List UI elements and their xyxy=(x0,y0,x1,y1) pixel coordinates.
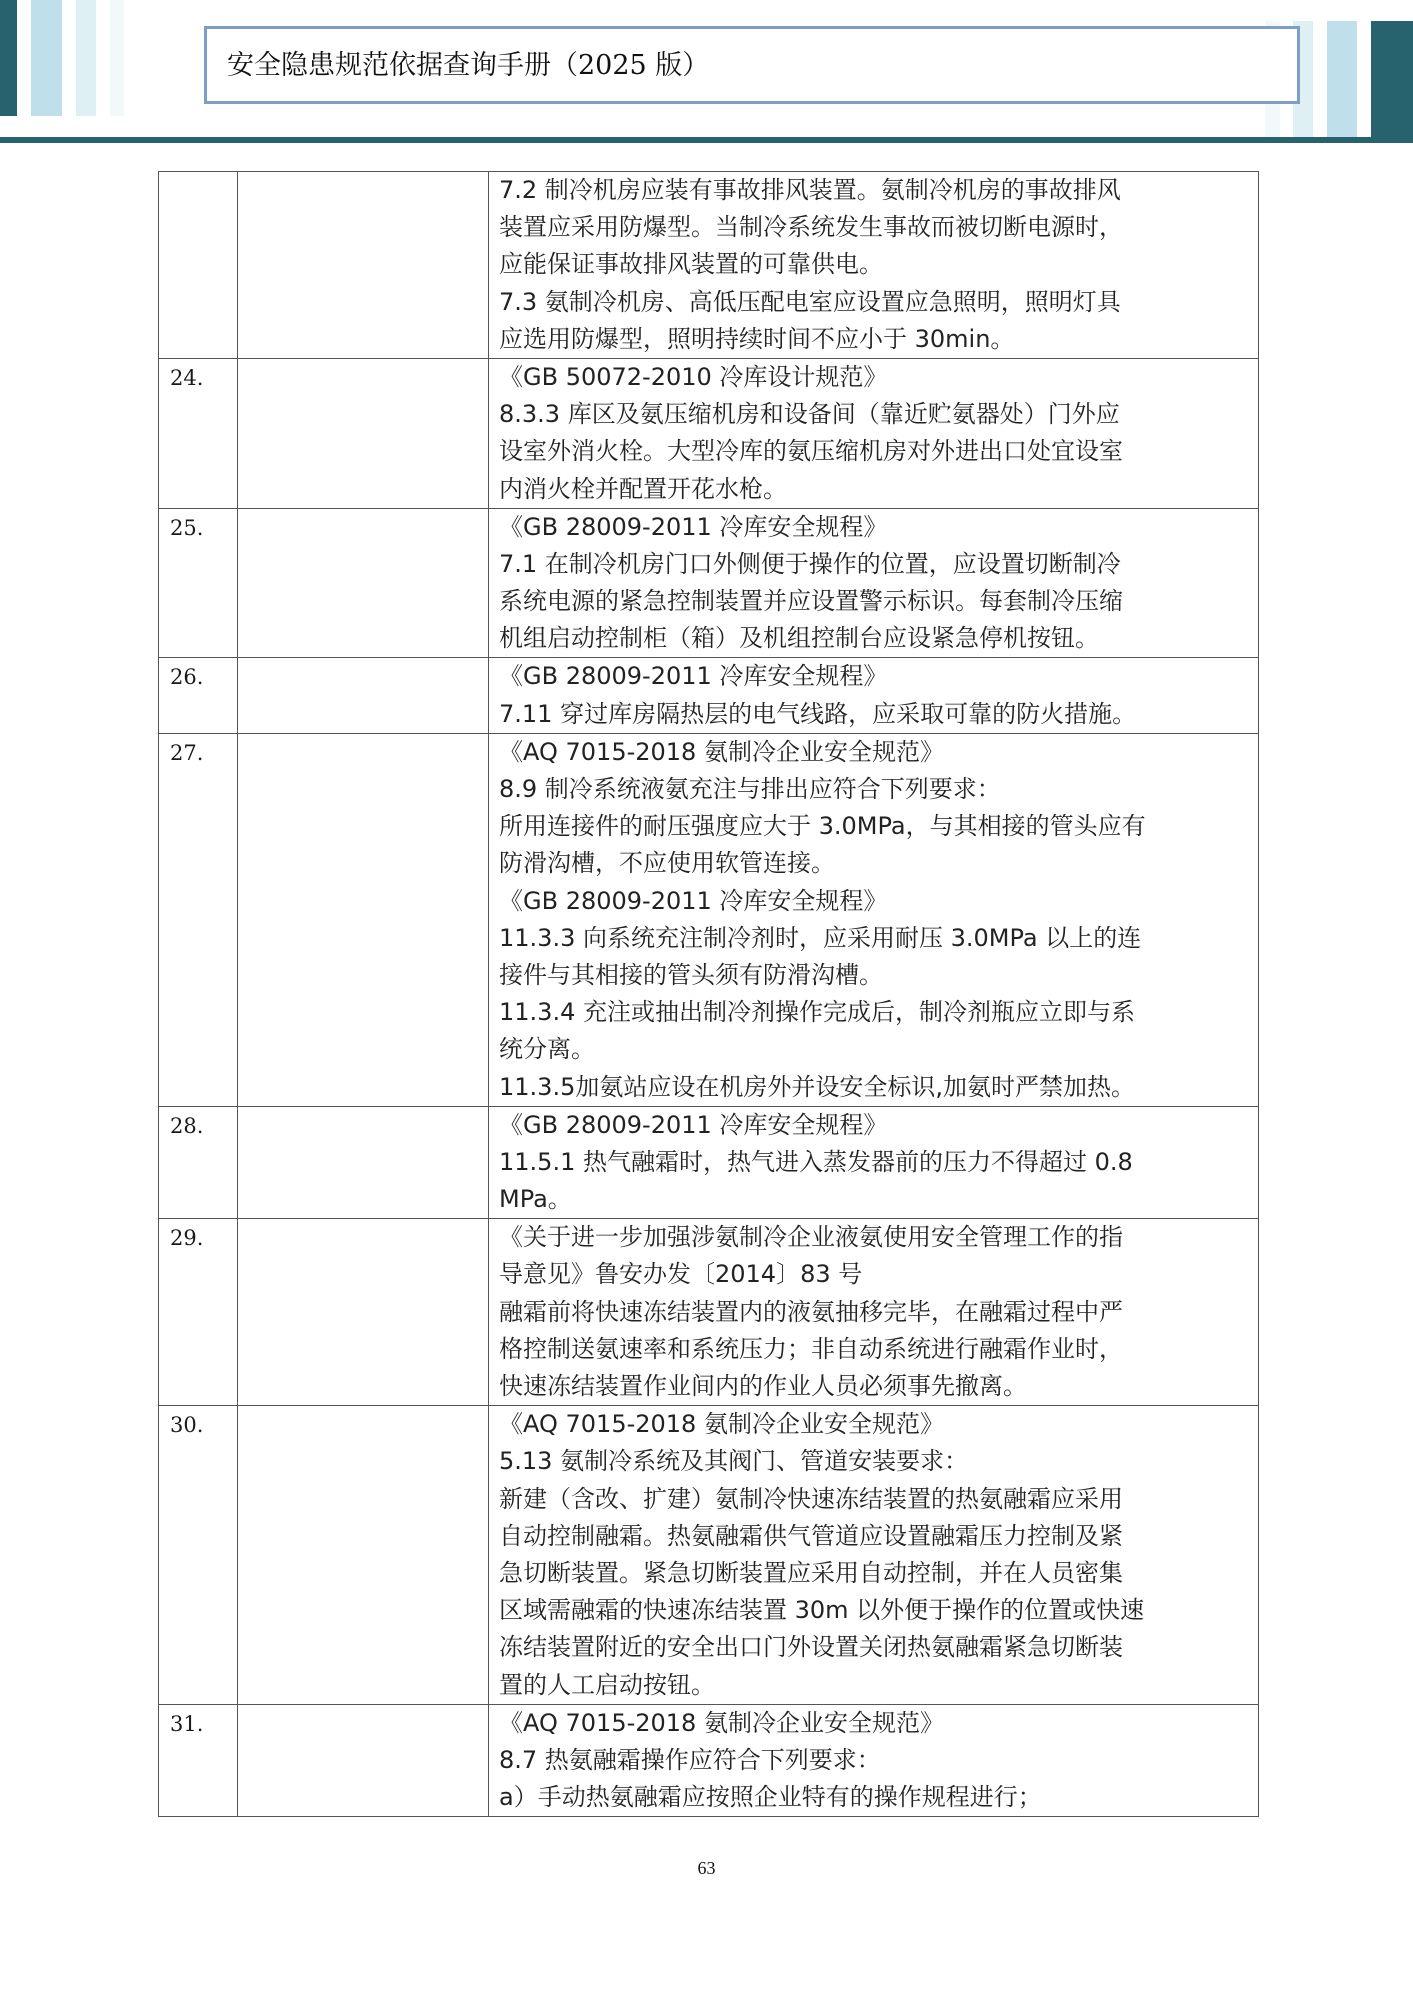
regulation-text-line: 7.1 在制冷机房门口外侧便于操作的位置，应设置切断制冷 xyxy=(499,546,1250,583)
regulation-text-line: 11.3.4 充注或抽出制冷剂操作完成后，制冷剂瓶应立即与系 xyxy=(499,994,1250,1031)
row-number-cell: 29. xyxy=(159,1219,238,1405)
header-bar-lightest-left xyxy=(110,0,124,116)
hazard-item-cell xyxy=(238,658,489,732)
regulation-basis-cell: 《AQ 7015-2018 氨制冷企业安全规范》8.9 制冷系统液氨充注与排出应… xyxy=(489,734,1258,1106)
header-bar-lighter-left xyxy=(76,0,96,116)
page-number: 63 xyxy=(0,1858,1413,1879)
hazard-item-cell xyxy=(238,509,489,658)
regulation-text-line: 自动控制融霜。热氨融霜供气管道应设置融霜压力控制及紧 xyxy=(499,1518,1250,1555)
header-bar-light-right xyxy=(1327,21,1357,137)
row-number-cell xyxy=(159,172,238,358)
regulation-text-line: 防滑沟槽，不应使用软管连接。 xyxy=(499,845,1250,882)
regulation-text-line: 融霜前将快速冻结装置内的液氨抽移完毕，在融霜过程中严 xyxy=(499,1294,1250,1331)
table-row: 7.2 制冷机房应装有事故排风装置。氨制冷机房的事故排风装置应采用防爆型。当制冷… xyxy=(159,172,1258,358)
row-number-cell: 25. xyxy=(159,509,238,658)
regulation-basis-cell: 《GB 28009-2011 冷库安全规程》7.1 在制冷机房门口外侧便于操作的… xyxy=(489,509,1258,658)
regulation-text-line: 《GB 28009-2011 冷库安全规程》 xyxy=(499,658,1250,695)
table-row: 31.《AQ 7015-2018 氨制冷企业安全规范》8.7 热氨融霜操作应符合… xyxy=(159,1704,1258,1817)
regulation-text-line: 《GB 50072-2010 冷库设计规范》 xyxy=(499,359,1250,396)
row-number-cell: 31. xyxy=(159,1705,238,1817)
table-row: 30.《AQ 7015-2018 氨制冷企业安全规范》5.13 氨制冷系统及其阀… xyxy=(159,1405,1258,1704)
table-row: 28.《GB 28009-2011 冷库安全规程》11.5.1 热气融霜时，热气… xyxy=(159,1106,1258,1219)
table-row: 26.《GB 28009-2011 冷库安全规程》7.11 穿过库房隔热层的电气… xyxy=(159,657,1258,732)
regulation-text-line: 设室外消火栓。大型冷库的氨压缩机房对外进出口处宜设室 xyxy=(499,433,1250,470)
regulation-text-line: 急切断装置。紧急切断装置应采用自动控制，并在人员密集 xyxy=(499,1555,1250,1592)
row-number-cell: 24. xyxy=(159,359,238,508)
header-bar-dark-left xyxy=(0,0,17,116)
regulation-text-line: 《GB 28009-2011 冷库安全规程》 xyxy=(499,883,1250,920)
table-row: 24.《GB 50072-2010 冷库设计规范》8.3.3 库区及氨压缩机房和… xyxy=(159,358,1258,508)
regulation-text-line: 应选用防爆型，照明持续时间不应小于 30min。 xyxy=(499,321,1250,358)
regulation-text-line: 11.3.3 向系统充注制冷剂时，应采用耐压 3.0MPa 以上的连 xyxy=(499,920,1250,957)
regulation-text-line: 《关于进一步加强涉氨制冷企业液氨使用安全管理工作的指 xyxy=(499,1219,1250,1256)
regulation-text-line: 7.2 制冷机房应装有事故排风装置。氨制冷机房的事故排风 xyxy=(499,172,1250,209)
regulation-text-line: 统分离。 xyxy=(499,1031,1250,1068)
regulation-text-line: 《AQ 7015-2018 氨制冷企业安全规范》 xyxy=(499,734,1250,771)
regulation-text-line: 《GB 28009-2011 冷库安全规程》 xyxy=(499,1107,1250,1144)
regulation-basis-cell: 《GB 50072-2010 冷库设计规范》8.3.3 库区及氨压缩机房和设备间… xyxy=(489,359,1258,508)
hazard-item-cell xyxy=(238,1219,489,1405)
regulation-text-line: 《AQ 7015-2018 氨制冷企业安全规范》 xyxy=(499,1406,1250,1443)
row-number-cell: 28. xyxy=(159,1107,238,1219)
regulation-text-line: 5.13 氨制冷系统及其阀门、管道安装要求： xyxy=(499,1443,1250,1480)
document-title: 安全隐患规范依据查询手册（2025 版） xyxy=(227,43,709,82)
hazard-item-cell xyxy=(238,1406,489,1704)
regulation-basis-cell: 7.2 制冷机房应装有事故排风装置。氨制冷机房的事故排风装置应采用防爆型。当制冷… xyxy=(489,172,1258,358)
header-bar-dark-right xyxy=(1371,21,1413,143)
regulation-text-line: 快速冻结装置作业间内的作业人员必须事先撤离。 xyxy=(499,1368,1250,1405)
regulation-text-line: 7.3 氨制冷机房、高低压配电室应设置应急照明，照明灯具 xyxy=(499,284,1250,321)
row-number-cell: 27. xyxy=(159,734,238,1106)
regulation-text-line: 置的人工启动按钮。 xyxy=(499,1667,1250,1704)
regulation-text-line: 接件与其相接的管头须有防滑沟槽。 xyxy=(499,957,1250,994)
regulation-table: 7.2 制冷机房应装有事故排风装置。氨制冷机房的事故排风装置应采用防爆型。当制冷… xyxy=(158,171,1259,1817)
regulation-text-line: 机组启动控制柜（箱）及机组控制台应设紧急停机按钮。 xyxy=(499,620,1250,657)
regulation-text-line: 11.3.5加氨站应设在机房外并设安全标识,加氨时严禁加热。 xyxy=(499,1069,1250,1106)
regulation-text-line: a）手动热氨融霜应按照企业特有的操作规程进行； xyxy=(499,1779,1250,1816)
regulation-text-line: 8.9 制冷系统液氨充注与排出应符合下列要求： xyxy=(499,771,1250,808)
regulation-text-line: 《AQ 7015-2018 氨制冷企业安全规范》 xyxy=(499,1705,1250,1742)
hazard-item-cell xyxy=(238,734,489,1106)
table-row: 29.《关于进一步加强涉氨制冷企业液氨使用安全管理工作的指导意见》鲁安办发〔20… xyxy=(159,1218,1258,1405)
hazard-item-cell xyxy=(238,1107,489,1219)
header-title-box: 安全隐患规范依据查询手册（2025 版） xyxy=(204,26,1300,104)
regulation-basis-cell: 《AQ 7015-2018 氨制冷企业安全规范》5.13 氨制冷系统及其阀门、管… xyxy=(489,1406,1258,1704)
regulation-text-line: 8.3.3 库区及氨压缩机房和设备间（靠近贮氨器处）门外应 xyxy=(499,396,1250,433)
table-row: 27.《AQ 7015-2018 氨制冷企业安全规范》8.9 制冷系统液氨充注与… xyxy=(159,733,1258,1106)
hazard-item-cell xyxy=(238,172,489,358)
regulation-text-line: 导意见》鲁安办发〔2014〕83 号 xyxy=(499,1256,1250,1293)
regulation-text-line: MPa。 xyxy=(499,1181,1250,1218)
row-number-cell: 30. xyxy=(159,1406,238,1704)
regulation-text-line: 装置应采用防爆型。当制冷系统发生事故而被切断电源时， xyxy=(499,209,1250,246)
hazard-item-cell xyxy=(238,359,489,508)
regulation-text-line: 7.11 穿过库房隔热层的电气线路，应采取可靠的防火措施。 xyxy=(499,696,1250,733)
regulation-text-line: 所用连接件的耐压强度应大于 3.0MPa，与其相接的管头应有 xyxy=(499,808,1250,845)
regulation-text-line: 8.7 热氨融霜操作应符合下列要求： xyxy=(499,1742,1250,1779)
regulation-text-line: 格控制送氨速率和系统压力；非自动系统进行融霜作业时， xyxy=(499,1331,1250,1368)
regulation-text-line: 系统电源的紧急控制装置并应设置警示标识。每套制冷压缩 xyxy=(499,583,1250,620)
header-bar-light-left xyxy=(31,0,62,116)
regulation-basis-cell: 《AQ 7015-2018 氨制冷企业安全规范》8.7 热氨融霜操作应符合下列要… xyxy=(489,1705,1258,1817)
regulation-basis-cell: 《GB 28009-2011 冷库安全规程》7.11 穿过库房隔热层的电气线路，… xyxy=(489,658,1258,732)
regulation-text-line: 《GB 28009-2011 冷库安全规程》 xyxy=(499,509,1250,546)
regulation-text-line: 冻结装置附近的安全出口门外设置关闭热氨融霜紧急切断装 xyxy=(499,1629,1250,1666)
regulation-text-line: 内消火栓并配置开花水枪。 xyxy=(499,471,1250,508)
regulation-text-line: 新建（含改、扩建）氨制冷快速冻结装置的热氨融霜应采用 xyxy=(499,1481,1250,1518)
regulation-text-line: 区域需融霜的快速冻结装置 30m 以外便于操作的位置或快速 xyxy=(499,1592,1250,1629)
hazard-item-cell xyxy=(238,1705,489,1817)
regulation-text-line: 应能保证事故排风装置的可靠供电。 xyxy=(499,246,1250,283)
header-rule xyxy=(0,137,1413,143)
table-row: 25.《GB 28009-2011 冷库安全规程》7.1 在制冷机房门口外侧便于… xyxy=(159,508,1258,658)
row-number-cell: 26. xyxy=(159,658,238,732)
regulation-basis-cell: 《GB 28009-2011 冷库安全规程》11.5.1 热气融霜时，热气进入蒸… xyxy=(489,1107,1258,1219)
regulation-basis-cell: 《关于进一步加强涉氨制冷企业液氨使用安全管理工作的指导意见》鲁安办发〔2014〕… xyxy=(489,1219,1258,1405)
regulation-text-line: 11.5.1 热气融霜时，热气进入蒸发器前的压力不得超过 0.8 xyxy=(499,1144,1250,1181)
